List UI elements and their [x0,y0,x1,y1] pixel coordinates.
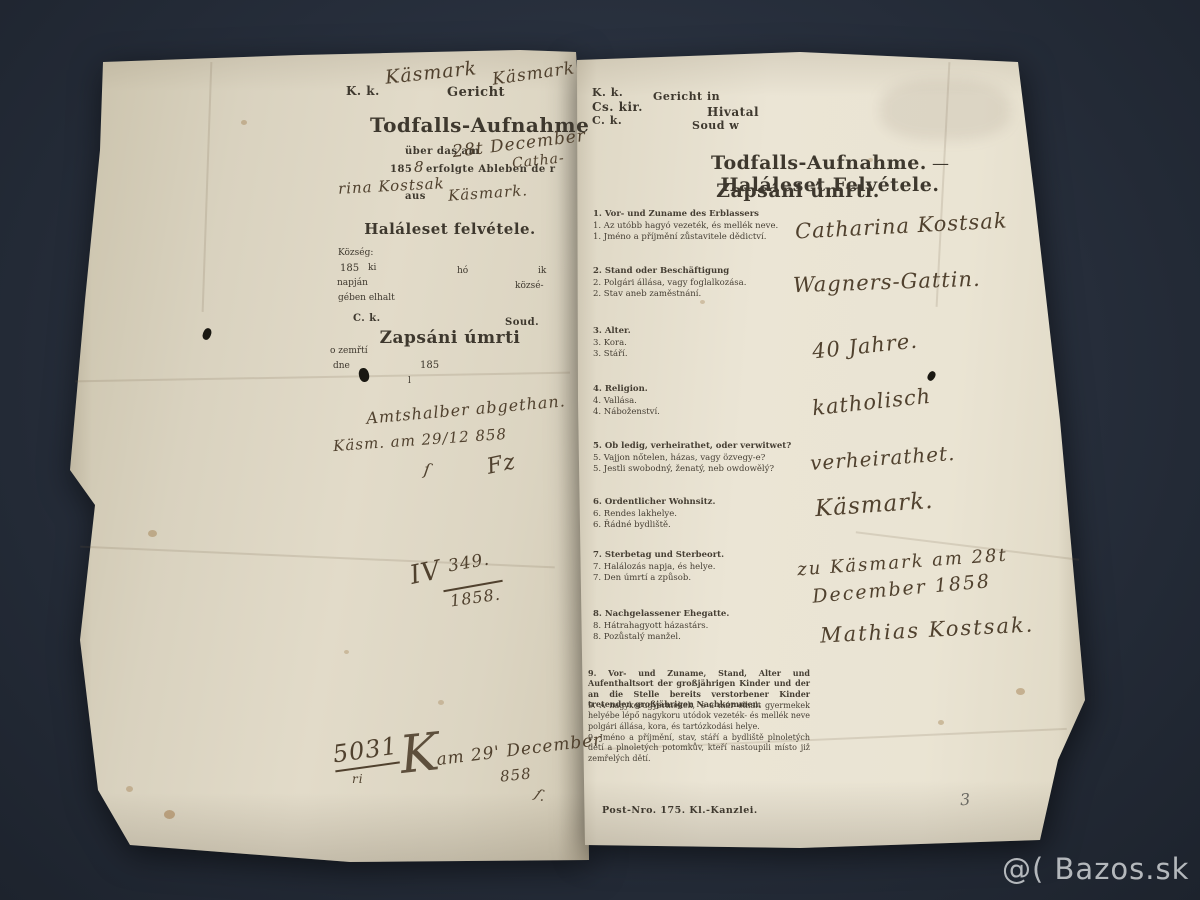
item3-hu: 3. Kora. [593,338,813,350]
left-napjan-label: napján [337,278,368,288]
left-small-l: l [408,376,411,386]
form-item-1: 1. Vor- und Zuname des Erblassers 1. Az … [593,209,813,244]
photo-of-document: K. k. Käsmark Gericht Käsmark Todfalls-A… [0,0,1200,900]
item7-hu: 7. Halálozás napja, és helye. [593,562,813,574]
left-kozseg-label: Község: [338,248,373,258]
form-item-7: 7. Sterbetag und Sterbeort. 7. Halálozás… [593,550,813,585]
form-item-4: 4. Religion. 4. Vallása. 4. Náboženství. [593,384,813,419]
item6-de: 6. Ordentlicher Wohnsitz. [593,497,813,509]
left-ck-label: C. k. [353,313,381,324]
right-hivatal-label: Hivatal [707,105,759,119]
form-item-9-cz: 9. Jméno a příjmění, stav, stáří a bydli… [588,733,810,764]
left-hungarian-title: Haláleset felvétele. [360,220,540,238]
left-geben-elhalt-label: gében elhalt [338,293,395,303]
item2-hu: 2. Polgári állása, vagy foglalkozása. [593,278,813,290]
form-item-8: 8. Nachgelassener Ehegatte. 8. Hátrahagy… [593,609,813,644]
pencil-page-number: 3 [959,790,971,810]
item5-de: 5. Ob ledig, verheirathet, oder verwitwe… [593,441,813,453]
right-title-german: Todfalls-Aufnahme. [711,152,927,174]
form-item-2: 2. Stand oder Beschäftigung 2. Polgári á… [593,266,813,301]
form-item-5: 5. Ob ledig, verheirathet, oder verwitwe… [593,441,813,476]
item1-cz: 1. Jméno a příjmění zůstavitele dědictví… [593,232,813,244]
left-ho-label: hó [457,266,468,276]
right-title-czech: Zapsáni úmrti. [598,180,998,202]
left-registry-roman: IV [407,555,444,591]
item1-de: 1. Vor- und Zuname des Erblassers [593,209,813,221]
item8-de: 8. Nachgelassener Ehegatte. [593,609,813,621]
item1-hu: 1. Az utóbb hagyó vezeték, és mellék nev… [593,221,813,233]
item3-de: 3. Alter. [593,326,813,338]
left-aus-label: aus [405,191,426,202]
right-cskir-label: Cs. kir. [592,100,643,114]
left-kozse-label: közsé- [515,281,544,291]
title-dash: — [932,154,949,174]
form-item-9-hu: 9. A nagykorugyermekek, 's a már elhalt … [588,701,810,732]
item2-de: 2. Stand oder Beschäftigung [593,266,813,278]
left-ki-label: ki [368,263,376,273]
left-handwritten-year-digit: 8 [414,158,425,176]
item7-cz: 7. Den úmrtí a způsob. [593,573,813,585]
item5-hu: 5. Vajjon nőtelen, házas, vagy özvegy-e? [593,453,813,465]
right-ck-label: C. k. [592,114,622,127]
left-kk-label: K. k. [346,84,380,98]
left-bottom-year: 858 [499,764,532,785]
right-soud-w-label: Soud w [692,119,739,132]
form-item-3: 3. Alter. 3. Kora. 3. Stáří. [593,326,813,361]
left-185-label: 185 [340,263,359,274]
form-item-6: 6. Ordentlicher Wohnsitz. 6. Rendes lakh… [593,497,813,532]
left-ik-label: ik [538,266,546,276]
item6-hu: 6. Rendes lakhelye. [593,509,813,521]
item4-de: 4. Religion. [593,384,813,396]
item8-cz: 8. Pozůstalý manžel. [593,632,813,644]
right-gericht-in-label: Gericht in [653,90,720,103]
left-bottom-ri: ri [352,772,364,786]
right-footer-imprint: Post-Nro. 175. Kl.-Kanzlei. [602,805,758,816]
item3-cz: 3. Stáří. [593,349,813,361]
item2-cz: 2. Stav aneb zaměstnání. [593,289,813,301]
item7-de: 7. Sterbetag und Sterbeort. [593,550,813,562]
item5-cz: 5. Jestli swobodný, ženatý, neb owdowělý… [593,464,813,476]
left-185b-label: 185 [420,360,439,371]
left-czech-title: Zapsáni úmrti [365,328,535,348]
watermark-bazos: @( Bazos.sk [1002,852,1189,886]
item4-hu: 4. Vallása. [593,396,813,408]
ink-showthrough [880,80,1010,140]
right-kk-label: K. k. [592,86,623,99]
left-dne-label: dne [333,361,350,371]
item4-cz: 4. Náboženství. [593,407,813,419]
left-year-printed: 185 [390,164,412,175]
item6-cz: 6. Řádné bydliště. [593,520,813,532]
left-soud-label: Soud. [505,317,539,328]
item8-hu: 8. Hátrahagyott házastárs. [593,621,813,633]
left-o-zemrti-label: o zemřtí [330,346,368,356]
